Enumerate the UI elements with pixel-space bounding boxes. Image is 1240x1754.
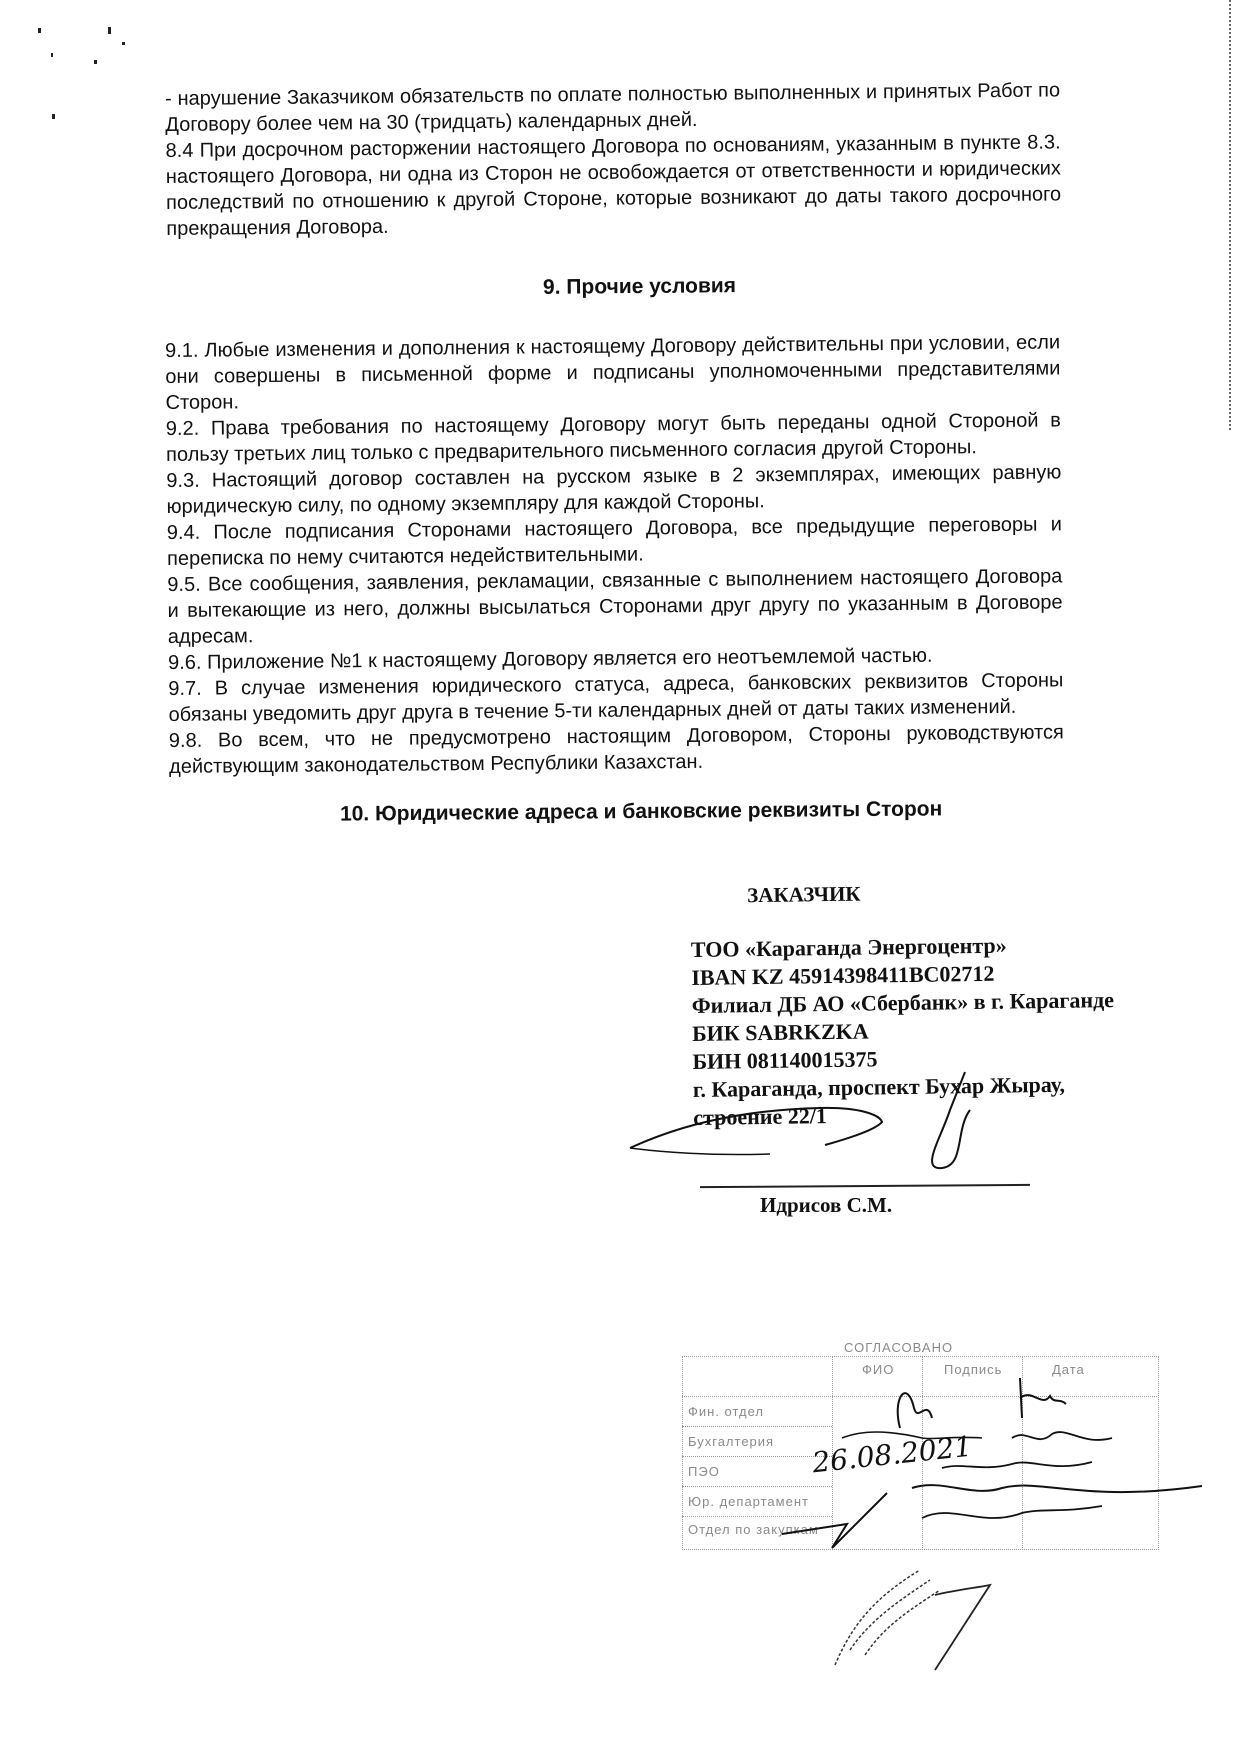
section-10-heading: 10. Юридические адреса и банковские рекв…: [340, 797, 942, 826]
paragraph: 8.4 При досрочном расторжении настоящего…: [165, 129, 1061, 242]
customer-title: ЗАКАЗЧИК: [747, 880, 861, 910]
scan-speck: [122, 42, 125, 45]
clause-9-3: 9.3. Настоящий договор составлен на русс…: [166, 459, 1061, 520]
signature-icon: [620, 1070, 1020, 1190]
clause-9-7: 9.7. В случае изменения юридического ста…: [168, 667, 1063, 728]
clause-9-2: 9.2. Права требования по настоящему Дого…: [166, 407, 1061, 468]
scan-speck: [94, 60, 97, 64]
section-9-heading: 9. Прочие условия: [543, 274, 736, 300]
scan-speck: [38, 28, 41, 33]
clause-9-1: 9.1. Любые изменения и дополнения к наст…: [165, 329, 1061, 416]
scan-speck: [52, 114, 55, 119]
clause-9-5: 9.5. Все сообщения, заявления, рекламаци…: [167, 563, 1063, 650]
intro-paragraphs: - нарушение Заказчиком обязательств по о…: [165, 77, 1061, 242]
paragraph: - нарушение Заказчиком обязательств по о…: [165, 77, 1060, 138]
clause-9-8: 9.8. Во всем, что не предусмотрено насто…: [169, 719, 1064, 780]
approval-stamp: СОГЛАСОВАНО ФИО Подпись Дата Фин. отдел …: [682, 1338, 1157, 1548]
clause-9-4: 9.4. После подписания Сторонами настояще…: [167, 511, 1062, 572]
section-9-clauses: 9.1. Любые изменения и дополнения к наст…: [165, 329, 1064, 780]
scan-speck: [51, 53, 53, 57]
signatory-name: Идрисов С.М.: [760, 1193, 892, 1218]
scan-edge-line: [1229, 0, 1233, 430]
approval-signatures-icon: [682, 1338, 1202, 1558]
scan-speck: [108, 27, 111, 34]
bottom-signature-icon: [830, 1560, 1030, 1700]
customer-bank: Филиал ДБ АО «Сбербанк» в г. Караганде: [692, 986, 1115, 1020]
